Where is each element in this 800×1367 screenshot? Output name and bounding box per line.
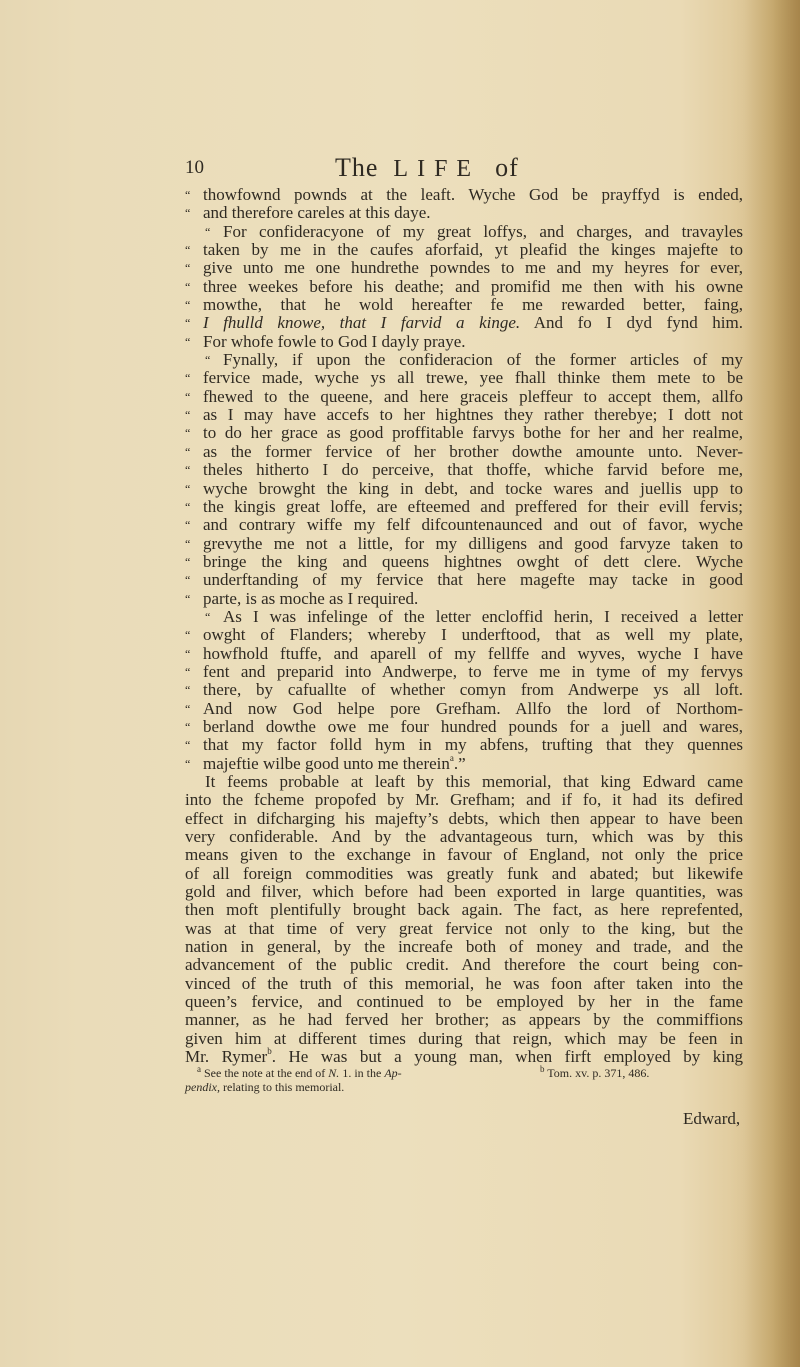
text-line: manner, as he had ferved her brother; as… — [185, 1011, 743, 1029]
text-line: then moft plentifully brought back again… — [185, 901, 743, 919]
line-text: and therefore careles at this daye. — [203, 204, 743, 222]
text-line: “majeftie wilbe good unto me thereina.” — [185, 755, 743, 773]
quote-mark: “ — [185, 369, 190, 387]
footnote-a: a See the note at the end of N. 1. in th… — [185, 1066, 530, 1094]
line-text: into the fcheme propofed by Mr. Grefham;… — [185, 791, 743, 809]
line-text: parte, is as moche as I required. — [203, 590, 743, 608]
line-text: It feems probable at leaft by this memor… — [205, 773, 743, 791]
quote-mark: “ — [185, 535, 190, 553]
line-text: as the former fervice of her brother dow… — [203, 443, 743, 461]
line-text: theles hitherto I do perceive, that thof… — [203, 461, 743, 479]
text-line: was at that time of very great fervice n… — [185, 920, 743, 938]
text-line: “fent and preparid into Andwerpe, to fer… — [185, 663, 743, 681]
quote-mark: “ — [185, 186, 190, 204]
line-text: to do her grace as good proffitable farv… — [203, 424, 743, 442]
quote-mark: “ — [185, 461, 190, 479]
quote-mark: “ — [185, 755, 190, 773]
quote-mark: “ — [185, 480, 190, 498]
text-line: into the fcheme propofed by Mr. Grefham;… — [185, 791, 743, 809]
quote-mark: “ — [185, 406, 190, 424]
text-line: “Fynally, if upon the confideracion of t… — [185, 351, 743, 369]
text-line: “parte, is as moche as I required. — [185, 590, 743, 608]
text-line: effect in difcharging his majefty’s debt… — [185, 810, 743, 828]
line-text: And now God helpe pore Grefham. Allfo th… — [203, 700, 743, 718]
text-line: It feems probable at leaft by this memor… — [185, 773, 743, 791]
running-title-caps: LIFE — [393, 156, 480, 182]
text-line: queen’s fervice, and continued to be emp… — [185, 993, 743, 1011]
line-text: Mr. Rymerb. He was but a young man, when… — [185, 1048, 743, 1066]
line-text: underftanding of my fervice that here ma… — [203, 571, 743, 589]
text-line: “howfhold ftuffe, and aparell of my fell… — [185, 645, 743, 663]
text-line: means given to the exchange in favour of… — [185, 846, 743, 864]
text-line: very confiderable. And by the advantageo… — [185, 828, 743, 846]
quote-mark: “ — [185, 645, 190, 663]
catchword: Edward, — [683, 1109, 740, 1129]
text-line: “and contrary wiffe my felf difcountenau… — [185, 516, 743, 534]
quote-mark: “ — [185, 718, 190, 736]
line-text: For confideracyone of my great loffys, a… — [223, 223, 743, 241]
line-text: manner, as he had ferved her brother; as… — [185, 1011, 743, 1029]
text-line: vinced of the truth of this memorial, he… — [185, 975, 743, 993]
text-line: nation in general, by the increafe both … — [185, 938, 743, 956]
quote-mark: “ — [185, 278, 190, 296]
text-line: “fhewed to the queene, and here graceis … — [185, 388, 743, 406]
running-title: The LIFE of — [335, 153, 519, 183]
text-line: of all foreign commodities was greatly f… — [185, 865, 743, 883]
quote-mark: “ — [185, 736, 190, 754]
quote-mark: “ — [185, 333, 190, 351]
text-line: “taken by me in the caufes aforfaid, yt … — [185, 241, 743, 259]
quote-mark: “ — [185, 443, 190, 461]
quote-mark: “ — [205, 608, 210, 626]
line-text: fhewed to the queene, and here graceis p… — [203, 388, 743, 406]
quote-mark: “ — [185, 516, 190, 534]
text-line: “As I was infelinge of the letter enclof… — [185, 608, 743, 626]
line-text: that my factor folld hym in my abfens, t… — [203, 736, 743, 754]
text-line: “For confideracyone of my great loffys, … — [185, 223, 743, 241]
quote-mark: “ — [185, 553, 190, 571]
quote-mark: “ — [185, 571, 190, 589]
quote-mark: “ — [185, 241, 190, 259]
quote-mark: “ — [205, 223, 210, 241]
text-line: “as I may have accefs to her hightnes th… — [185, 406, 743, 424]
line-text: thowfownd pownds at the leaft. Wyche God… — [203, 186, 743, 204]
text-line: “there, by cafuallte of whether comyn fr… — [185, 681, 743, 699]
line-text: of all foreign commodities was greatly f… — [185, 865, 743, 883]
running-head: 10 The LIFE of — [185, 155, 745, 179]
line-text: give unto me one hundrethe powndes to me… — [203, 259, 743, 277]
text-line: “the kingis great loffe, are efteemed an… — [185, 498, 743, 516]
line-text: fent and preparid into Andwerpe, to ferv… — [203, 663, 743, 681]
quote-mark: “ — [185, 259, 190, 277]
line-text: queen’s fervice, and continued to be emp… — [185, 993, 743, 1011]
line-text: advancement of the public credit. And th… — [185, 956, 743, 974]
line-text: the kingis great loffe, are efteemed and… — [203, 498, 743, 516]
line-text: and contrary wiffe my felf difcountenaun… — [203, 516, 743, 534]
line-text: I fhulld knowe, that I farvid a kinge. A… — [203, 314, 743, 332]
line-text: effect in difcharging his majefty’s debt… — [185, 810, 743, 828]
text-line: “that my factor folld hym in my abfens, … — [185, 736, 743, 754]
text-line: “owght of Flanders; whereby I underftood… — [185, 626, 743, 644]
line-text: owght of Flanders; whereby I underftood,… — [203, 626, 743, 644]
line-text: as I may have accefs to her hightnes the… — [203, 406, 743, 424]
quote-mark: “ — [185, 204, 190, 222]
line-text: gold and filver, which before had been e… — [185, 883, 743, 901]
body-text: “thowfownd pownds at the leaft. Wyche Go… — [185, 186, 743, 1067]
line-text: majeftie wilbe good unto me thereina.” — [203, 755, 743, 773]
text-line: gold and filver, which before had been e… — [185, 883, 743, 901]
quote-mark: “ — [185, 314, 190, 332]
footnote-ref: a — [450, 753, 454, 763]
text-line: “and therefore careles at this daye. — [185, 204, 743, 222]
line-text: For whofe fowle to God I dayly praye. — [203, 333, 743, 351]
quote-mark: “ — [185, 681, 190, 699]
quote-mark: “ — [185, 590, 190, 608]
text-line: “to do her grace as good proffitable far… — [185, 424, 743, 442]
line-text: wyche browght the king in debt, and tock… — [203, 480, 743, 498]
quote-mark: “ — [185, 388, 190, 406]
line-text: fervice made, wyche ys all trewe, yee fh… — [203, 369, 743, 387]
text-line: “I fhulld knowe, that I farvid a kinge. … — [185, 314, 743, 332]
line-text: berland dowthe owe me four hundred pound… — [203, 718, 743, 736]
text-line: “theles hitherto I do perceive, that tho… — [185, 461, 743, 479]
line-text: nation in general, by the increafe both … — [185, 938, 743, 956]
line-text: taken by me in the caufes aforfaid, yt p… — [203, 241, 743, 259]
text-line: “as the former fervice of her brother do… — [185, 443, 743, 461]
line-text: howfhold ftuffe, and aparell of my fellf… — [203, 645, 743, 663]
line-text: was at that time of very great fervice n… — [185, 920, 743, 938]
text-line: “give unto me one hundrethe powndes to m… — [185, 259, 743, 277]
line-text: three weekes before his deathe; and prom… — [203, 278, 743, 296]
line-text: then moft plentifully brought back again… — [185, 901, 743, 919]
quote-mark: “ — [185, 626, 190, 644]
text-line: Mr. Rymerb. He was but a young man, when… — [185, 1048, 743, 1066]
quote-mark: “ — [205, 351, 210, 369]
footnote-ref: b — [267, 1046, 272, 1056]
quote-mark: “ — [185, 498, 190, 516]
line-text: very confiderable. And by the advantageo… — [185, 828, 743, 846]
line-text: As I was infelinge of the letter encloff… — [223, 608, 743, 626]
line-text: grevythe me not a little, for my dillige… — [203, 535, 743, 553]
text-line: “three weekes before his deathe; and pro… — [185, 278, 743, 296]
text-line: “For whofe fowle to God I dayly praye. — [185, 333, 743, 351]
text-line: “wyche browght the king in debt, and toc… — [185, 480, 743, 498]
text-line: “bringe the king and queens hightnes owg… — [185, 553, 743, 571]
line-text: vinced of the truth of this memorial, he… — [185, 975, 743, 993]
text-line: “mowthe, that he wold hereafter fe me re… — [185, 296, 743, 314]
text-line: “grevythe me not a little, for my dillig… — [185, 535, 743, 553]
line-text: Fynally, if upon the confideracion of th… — [223, 351, 743, 369]
line-text: mowthe, that he wold hereafter fe me rew… — [203, 296, 743, 314]
quote-mark: “ — [185, 700, 190, 718]
footnote-b: b Tom. xv. p. 371, 486. — [540, 1066, 649, 1080]
text-line: “And now God helpe pore Grefham. Allfo t… — [185, 700, 743, 718]
book-page: 10 The LIFE of “thowfownd pownds at the … — [0, 0, 800, 1367]
quote-mark: “ — [185, 424, 190, 442]
text-line: “fervice made, wyche ys all trewe, yee f… — [185, 369, 743, 387]
quote-mark: “ — [185, 296, 190, 314]
quote-mark: “ — [185, 663, 190, 681]
line-text: bringe the king and queens hightnes owgh… — [203, 553, 743, 571]
line-text: means given to the exchange in favour of… — [185, 846, 743, 864]
text-line: “underftanding of my fervice that here m… — [185, 571, 743, 589]
text-line: advancement of the public credit. And th… — [185, 956, 743, 974]
text-line: “thowfownd pownds at the leaft. Wyche Go… — [185, 186, 743, 204]
page-number: 10 — [185, 157, 204, 179]
line-text: there, by cafuallte of whether comyn fro… — [203, 681, 743, 699]
text-line: “berland dowthe owe me four hundred poun… — [185, 718, 743, 736]
